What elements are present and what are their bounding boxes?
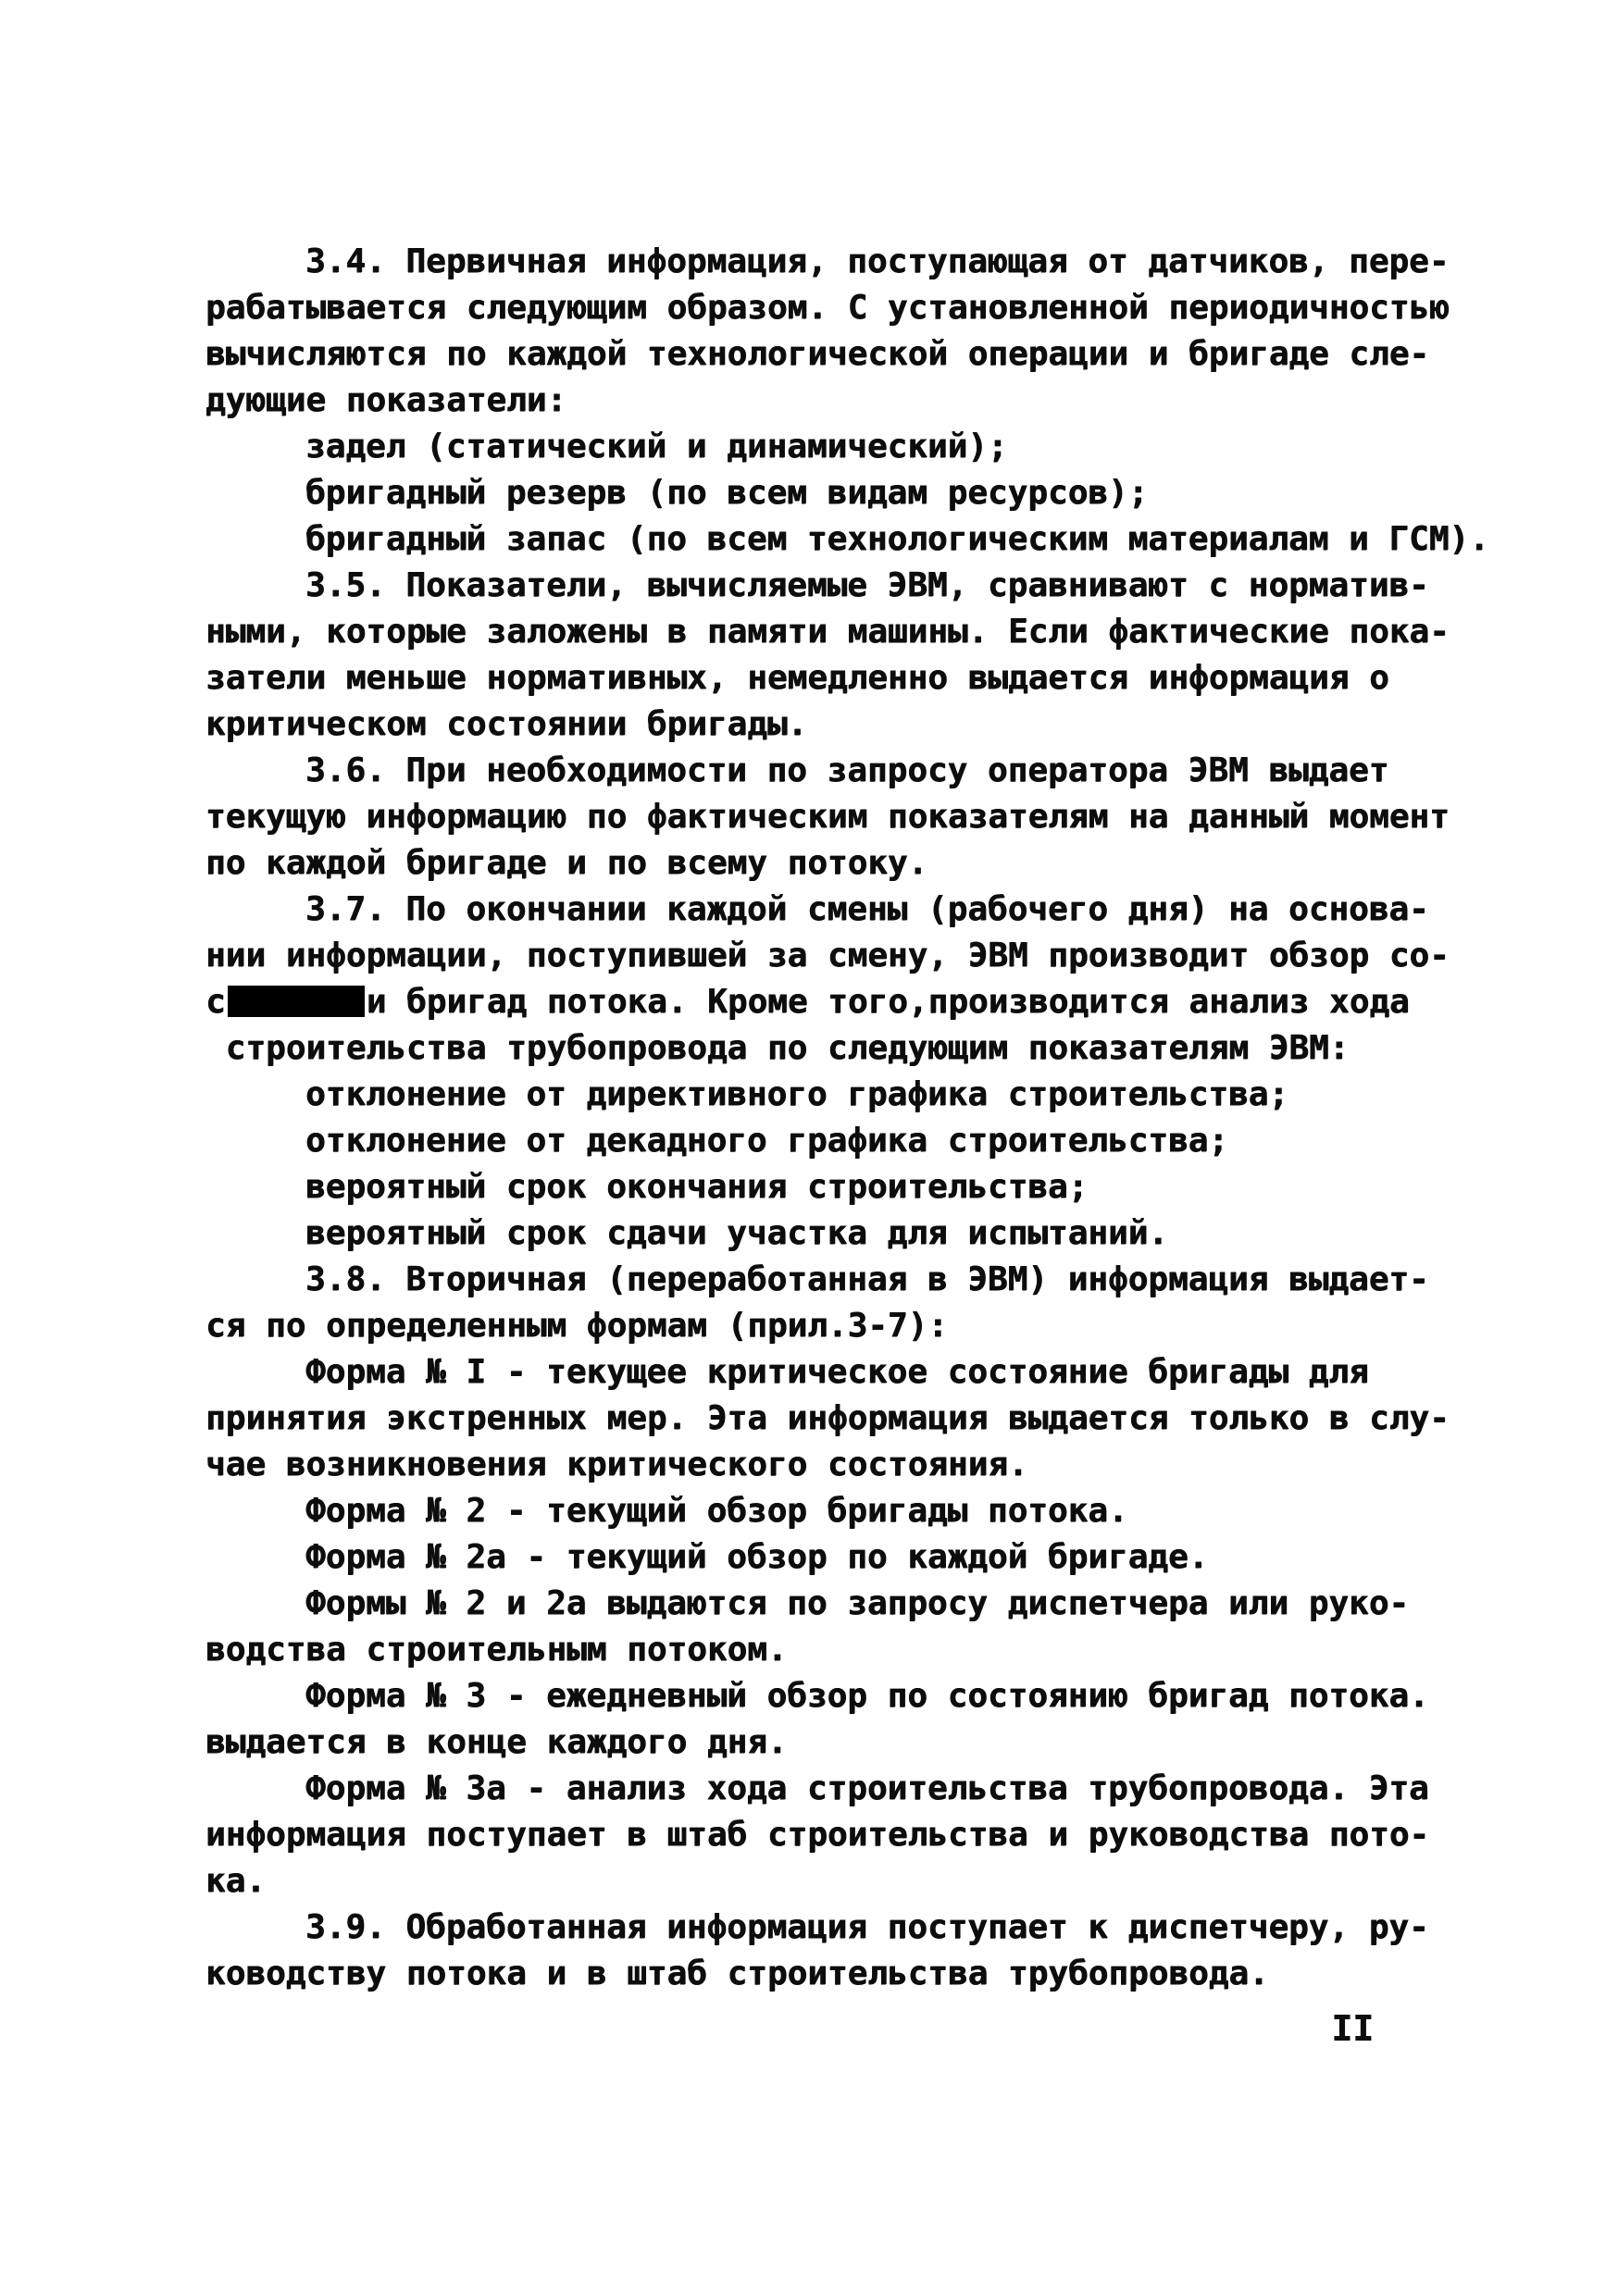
text-line: дующие показатели: (205, 378, 1470, 424)
text-line: вероятный срок сдачи участка для испытан… (205, 1210, 1470, 1257)
text-line: водства строительным потоком. (205, 1627, 1470, 1673)
text-line: 3.8. Вторичная (переработанная в ЭВМ) ин… (205, 1257, 1470, 1303)
text-line: задел (статический и динамический); (205, 424, 1470, 470)
text-line: си бригад потока. Кроме того,производитс… (205, 979, 1470, 1025)
text-line: принятия экстренных мер. Эта информация … (205, 1396, 1470, 1442)
text-line: Форма № 3 - ежедневный обзор по состояни… (205, 1673, 1470, 1719)
text-line: 3.5. Показатели, вычисляемые ЭВМ, сравни… (205, 563, 1470, 609)
text-line: бригадный запас (по всем технологическим… (205, 516, 1470, 563)
redaction-mark (228, 986, 365, 1017)
text-line: бригадный резерв (по всем видам ресурсов… (205, 470, 1470, 516)
text-line: отклонение от декадного графика строител… (205, 1118, 1470, 1164)
text-line: нии информации, поступившей за смену, ЭВ… (205, 933, 1470, 979)
page-number: II (205, 2008, 1470, 2049)
document-page: 3.4. Первичная информация, поступающая о… (0, 0, 1618, 2296)
text-block: 3.4. Первичная информация, поступающая о… (205, 239, 1470, 1997)
text-fragment: и бригад потока. Кроме того,производится… (367, 983, 1410, 1021)
text-line: ными, которые заложены в памяти машины. … (205, 609, 1470, 655)
text-line: вычисляются по каждой технологической оп… (205, 331, 1470, 378)
text-line: ся по определенным формам (прил.3-7): (205, 1303, 1470, 1349)
text-line: Форма № 2а - текущий обзор по каждой бри… (205, 1534, 1470, 1581)
text-line: 3.4. Первичная информация, поступающая о… (205, 239, 1470, 285)
text-line: строительства трубопровода по следующим … (205, 1025, 1470, 1072)
text-line: Форма № 3а - анализ хода строительства т… (205, 1766, 1470, 1812)
text-line: рабатывается следующим образом. С устано… (205, 285, 1470, 331)
text-line: информация поступает в штаб строительств… (205, 1812, 1470, 1858)
text-line: ка. (205, 1858, 1470, 1905)
text-line: текущую информацию по фактическим показа… (205, 794, 1470, 840)
text-line: отклонение от директивного графика строи… (205, 1072, 1470, 1118)
text-line: выдается в конце каждого дня. (205, 1719, 1470, 1766)
text-line: 3.7. По окончании каждой смены (рабочего… (205, 887, 1470, 933)
text-line: ководству потока и в штаб строительства … (205, 1951, 1470, 1997)
text-line: Формы № 2 и 2а выдаются по запросу диспе… (205, 1581, 1470, 1627)
text-fragment: с (205, 983, 226, 1021)
text-line: 3.9. Обработанная информация поступает к… (205, 1905, 1470, 1951)
text-line: Форма № 2 - текущий обзор бригады потока… (205, 1488, 1470, 1534)
text-line: вероятный срок окончания строительства; (205, 1164, 1470, 1210)
text-line: затели меньше нормативных, немедленно вы… (205, 655, 1470, 701)
text-line: 3.6. При необходимости по запросу операт… (205, 748, 1470, 794)
text-line: по каждой бригаде и по всему потоку. (205, 840, 1470, 887)
text-line: чае возникновения критического состояния… (205, 1442, 1470, 1488)
text-line: критическом состоянии бригады. (205, 701, 1470, 748)
text-line: Форма № I - текущее критическое состояни… (205, 1349, 1470, 1396)
